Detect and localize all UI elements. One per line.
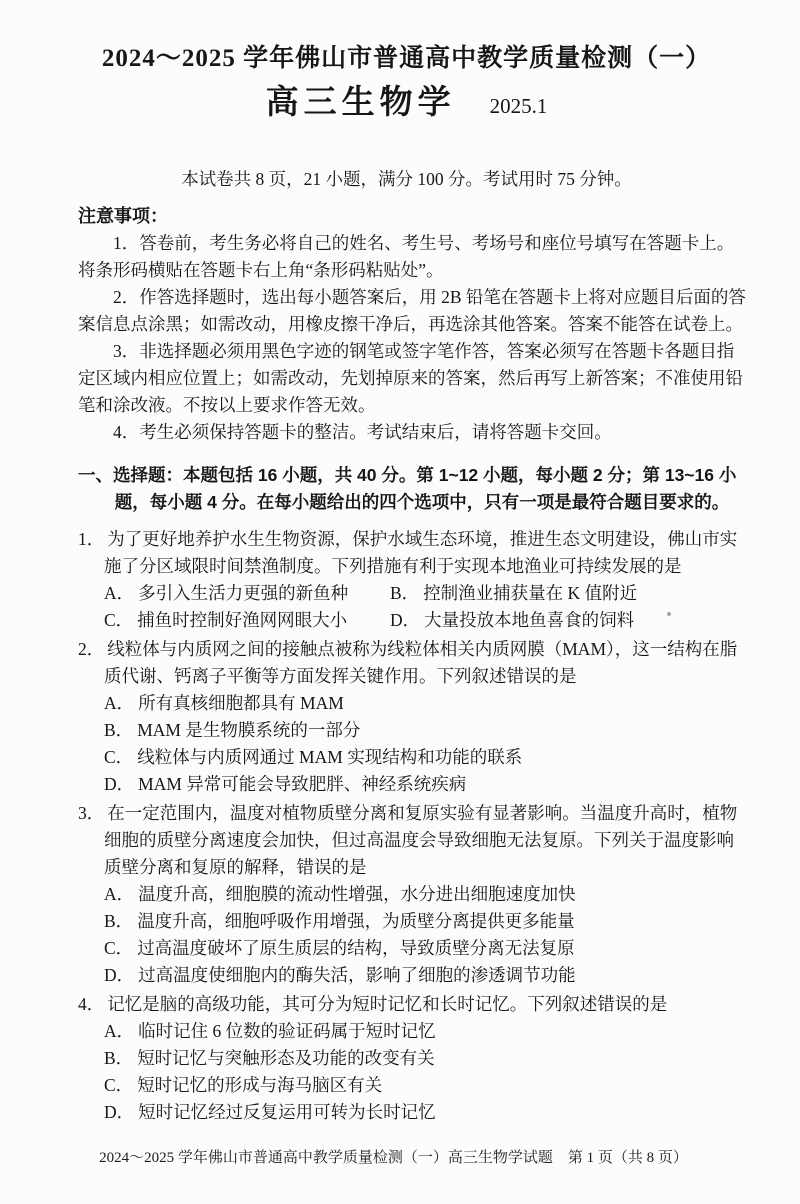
notice-item-2: 2．作答选择题时，选出每小题答案后，用 2B 铅笔在答题卡上将对应题目后面的答案… (78, 284, 748, 338)
question-4: 4．记忆是脑的高级功能，其可分为短时记忆和长时记忆。下列叙述错误的是 A．临时记… (78, 991, 748, 1126)
option-a-label: A． (104, 884, 138, 904)
question-4-option-a: A．临时记住 6 位数的验证码属于短时记忆 (78, 1018, 748, 1045)
option-b-label: B． (390, 583, 423, 603)
notice-heading: 注意事项： (78, 203, 748, 230)
question-2-option-c: C．线粒体与内质网通过 MAM 实现结构和功能的联系 (78, 744, 748, 771)
question-3-option-d: D．过高温度使细胞内的酶失活，影响了细胞的渗透调节功能 (78, 962, 748, 989)
question-1-options: A．多引入生活力更强的新鱼种 B．控制渔业捕获量在 K 值附近 C．捕鱼时控制好… (78, 580, 748, 634)
option-c-text: 短时记忆的形成与海马脑区有关 (137, 1075, 382, 1095)
question-3-stem-text: 在一定范围内，温度对植物质壁分离和复原实验有显著影响。当温度升高时，植物细胞的质… (104, 803, 737, 877)
scan-noise-speck (667, 612, 671, 616)
question-2-option-b: B．MAM 是生物膜系统的一部分 (78, 717, 748, 744)
question-3: 3．在一定范围内，温度对植物质壁分离和复原实验有显著影响。当温度升高时，植物细胞… (78, 800, 748, 989)
option-b-label: B． (104, 720, 137, 740)
exam-paper-page: 2024～2025 学年佛山市普通高中教学质量检测（一） 高三生物学 2025.… (0, 0, 800, 1204)
question-1-option-a: A．多引入生活力更强的新鱼种 (104, 580, 390, 607)
option-c-text: 线粒体与内质网通过 MAM 实现结构和功能的联系 (137, 747, 522, 767)
question-2-option-d: D．MAM 异常可能会导致肥胖、神经系统疾病 (78, 771, 748, 798)
option-d-text: 大量投放本地鱼喜食的饲料 (424, 610, 634, 630)
question-2: 2．线粒体与内质网之间的接触点被称为线粒体相关内质网膜（MAM），这一结构在脂质… (78, 636, 748, 798)
option-b-text: 温度升高，细胞呼吸作用增强，为质壁分离提供更多能量 (137, 911, 575, 931)
notice-item-3: 3．非选择题必须用黑色字迹的钢笔或签字笔作答，答案必须写在答题卡各题目指定区域内… (78, 338, 748, 419)
option-a-text: 所有真核细胞都具有 MAM (138, 693, 344, 713)
subject-title-row: 高三生物学 2025.1 (65, 88, 748, 130)
page-footer: 2024～2025 学年佛山市普通高中教学质量检测（一）高三生物学试题 第 1 … (0, 1145, 800, 1172)
question-1-stem: 1．为了更好地养护水生生物资源，保护水域生态环境，推进生态文明建设，佛山市实施了… (78, 526, 748, 580)
option-a-text: 温度升高，细胞膜的流动性增强，水分进出细胞速度加快 (138, 884, 576, 904)
option-b-label: B． (104, 911, 137, 931)
question-1-number: 1． (78, 529, 107, 549)
question-2-stem-text: 线粒体与内质网之间的接触点被称为线粒体相关内质网膜（MAM），这一结构在脂质代谢… (104, 639, 737, 686)
paper-info: 本试卷共 8 页，21 小题，满分 100 分。考试用时 75 分钟。 (65, 166, 748, 193)
question-3-stem: 3．在一定范围内，温度对植物质壁分离和复原实验有显著影响。当温度升高时，植物细胞… (78, 800, 748, 881)
notice-item-1: 1．答卷前，考生务必将自己的姓名、考生号、考场号和座位号填写在答题卡上。将条形码… (78, 230, 748, 284)
option-d-text: 过高温度使细胞内的酶失活，影响了细胞的渗透调节功能 (138, 965, 576, 985)
option-d-text: MAM 异常可能会导致肥胖、神经系统疾病 (138, 774, 466, 794)
option-a-label: A． (104, 1021, 138, 1041)
option-c-label: C． (104, 610, 137, 630)
option-a-label: A． (104, 583, 138, 603)
question-2-option-a: A．所有真核细胞都具有 MAM (78, 690, 748, 717)
notice-item-4: 4．考生必须保持答题卡的整洁。考试结束后，请将答题卡交回。 (78, 419, 748, 446)
option-c-label: C． (104, 1075, 137, 1095)
section-heading-text: 选择题：本题包括 16 小题，共 40 分。第 1~12 小题，每小题 2 分；… (113, 465, 736, 512)
exam-title: 2024～2025 学年佛山市普通高中教学质量检测（一） (65, 44, 748, 74)
option-d-label: D． (390, 610, 424, 630)
option-d-label: D． (104, 774, 138, 794)
question-4-option-c: C．短时记忆的形成与海马脑区有关 (78, 1072, 748, 1099)
option-a-label: A． (104, 693, 138, 713)
option-d-label: D． (104, 1102, 138, 1122)
option-b-text: 控制渔业捕获量在 K 值附近 (423, 583, 637, 603)
option-d-label: D． (104, 965, 138, 985)
option-d-text: 短时记忆经过反复运用可转为长时记忆 (138, 1102, 436, 1122)
question-3-option-a: A．温度升高，细胞膜的流动性增强，水分进出细胞速度加快 (78, 881, 748, 908)
option-c-text: 过高温度破坏了原生质层的结构，导致质壁分离无法复原 (137, 938, 575, 958)
option-b-text: MAM 是生物膜系统的一部分 (137, 720, 360, 740)
question-3-number: 3． (78, 803, 107, 823)
option-c-label: C． (104, 938, 137, 958)
question-2-number: 2． (78, 639, 107, 659)
question-1-option-b: B．控制渔业捕获量在 K 值附近 (390, 580, 748, 607)
question-1-option-c: C．捕鱼时控制好渔网网眼大小 (104, 607, 390, 634)
option-b-label: B． (104, 1048, 137, 1068)
option-a-text: 多引入生活力更强的新鱼种 (138, 583, 348, 603)
subject-title: 高三生物学 (266, 88, 456, 115)
question-4-number: 4． (78, 994, 107, 1014)
option-c-label: C． (104, 747, 137, 767)
question-list: 1．为了更好地养护水生生物资源，保护水域生态环境，推进生态文明建设，佛山市实施了… (78, 526, 748, 1126)
exam-date: 2025.1 (490, 93, 548, 120)
option-a-text: 临时记住 6 位数的验证码属于短时记忆 (138, 1021, 436, 1041)
question-4-stem-text: 记忆是脑的高级功能，其可分为短时记忆和长时记忆。下列叙述错误的是 (107, 994, 667, 1014)
question-4-option-d: D．短时记忆经过反复运用可转为长时记忆 (78, 1099, 748, 1126)
option-c-text: 捕鱼时控制好渔网网眼大小 (137, 610, 347, 630)
question-2-stem: 2．线粒体与内质网之间的接触点被称为线粒体相关内质网膜（MAM），这一结构在脂质… (78, 636, 748, 690)
question-1-option-d: D．大量投放本地鱼喜食的饲料 (390, 607, 748, 634)
question-3-option-b: B．温度升高，细胞呼吸作用增强，为质壁分离提供更多能量 (78, 908, 748, 935)
question-4-option-b: B．短时记忆与突触形态及功能的改变有关 (78, 1045, 748, 1072)
question-3-option-c: C．过高温度破坏了原生质层的结构，导致质壁分离无法复原 (78, 935, 748, 962)
question-1-stem-text: 为了更好地养护水生生物资源，保护水域生态环境，推进生态文明建设，佛山市实施了分区… (104, 529, 737, 576)
option-b-text: 短时记忆与突触形态及功能的改变有关 (137, 1048, 435, 1068)
section-heading: 一、选择题：本题包括 16 小题，共 40 分。第 1~12 小题，每小题 2 … (78, 462, 748, 516)
question-4-stem: 4．记忆是脑的高级功能，其可分为短时记忆和长时记忆。下列叙述错误的是 (78, 991, 748, 1018)
section-number: 一、 (78, 465, 113, 485)
question-1: 1．为了更好地养护水生生物资源，保护水域生态环境，推进生态文明建设，佛山市实施了… (78, 526, 748, 634)
